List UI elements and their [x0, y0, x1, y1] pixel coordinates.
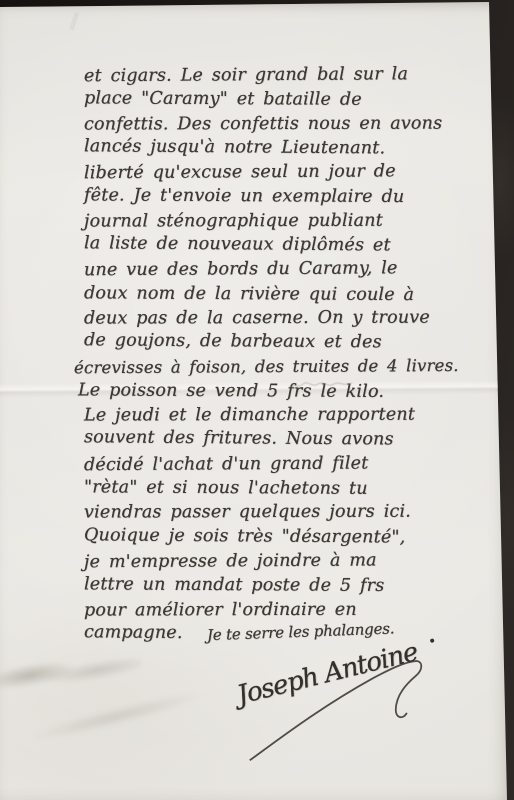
- letter-line: lancés jusqu'à notre Lieutenant.: [84, 134, 486, 161]
- letter-line: pour améliorer l'ordinaire en: [84, 597, 486, 622]
- letter-line: deux pas de la caserne. On y trouve: [84, 305, 486, 330]
- letter-line: écrevisses à foison, des truites de 4 li…: [74, 353, 486, 380]
- letter-line: doux nom de la rivière qui coule à: [84, 281, 486, 307]
- letter-line: je m'empresse de joindre à ma: [84, 548, 486, 575]
- letter-line: et cigars. Le soir grand bal sur la: [84, 62, 486, 89]
- letter-line: Quoique je sois très "désargenté",: [84, 523, 486, 550]
- letter-line: liberté qu'excuse seul un jour de: [84, 159, 486, 186]
- scanned-letter-page: et cigars. Le soir grand bal sur la plac…: [0, 0, 514, 800]
- letter-line: souvent des fritures. Nous avons: [84, 426, 486, 453]
- letter-closing-phrase: Je te serre les phalanges.: [206, 616, 394, 647]
- signature-block: Joseph Antoine: [234, 631, 460, 769]
- letter-line: viendras passer quelques jours ici.: [84, 500, 486, 525]
- letter-line: journal sténographique publiant: [84, 208, 486, 233]
- letter-line: fête. Je t'envoie un exemplaire du: [84, 184, 486, 210]
- letter-line: décidé l'achat d'un grand filet: [84, 451, 486, 478]
- pencil-page-mark: [66, 11, 80, 31]
- letter-line: "rèta" et si nous l'achetons tu: [84, 475, 486, 501]
- letter-line: la liste de nouveaux diplômés et: [84, 231, 486, 258]
- letter-line: confettis. Des confettis nous en avons: [84, 111, 486, 136]
- letter-paper: et cigars. Le soir grand bal sur la plac…: [0, 0, 514, 800]
- letter-line-text: campagne.: [84, 620, 183, 645]
- letter-line: place "Caramy" et bataille de: [84, 87, 486, 113]
- letter-line: Le poisson se vend 5 frs le kilo.: [78, 378, 486, 404]
- letter-line: de goujons, de barbeaux et des: [84, 329, 486, 356]
- letter-line: Le jeudi et le dimanche rapportent: [84, 403, 486, 428]
- handwritten-text-block: et cigars. Le soir grand bal sur la plac…: [84, 63, 486, 646]
- faint-pencil-annotation: [286, 377, 356, 393]
- letter-line: une vue des bords du Caramy, le: [84, 256, 486, 283]
- letter-line: lettre un mandat poste de 5 frs: [84, 573, 486, 599]
